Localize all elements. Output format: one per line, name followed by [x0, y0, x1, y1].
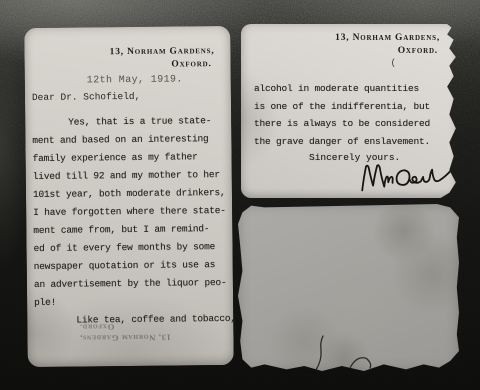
letterhead-city: Oxford. [335, 45, 440, 58]
letter-line: an advertisement by the liquor peo- [34, 274, 233, 294]
letter-line: ment came from, but I am remind- [33, 220, 232, 240]
crack-marks [298, 324, 418, 371]
letter-line: Yes, that is a true state- [32, 112, 231, 132]
letterhead-address: 13, Norham Gardens, [335, 32, 440, 45]
message-body: alcohol in moderate quantities is one of… [254, 80, 458, 150]
letter-salutation: Dear Dr. Schofield, [32, 91, 140, 103]
ghost-letterhead-offset-print: 13, Norham Gardens, Oxford. [79, 320, 229, 344]
postcard-blank-back [238, 204, 459, 371]
letter-line: I have forgotten where there state- [33, 202, 232, 222]
message-line: the grave danger of enslavement. [254, 133, 458, 151]
postcard-letter-front: 13, Norham Gardens, Oxford. 12th May, 19… [24, 26, 234, 367]
message-line: alcohol in moderate quantities [254, 80, 458, 98]
letterhead-city: Oxford. [110, 58, 215, 72]
letter-line: family experience as my father [33, 148, 232, 168]
letter-date: 12th May, 1919. [87, 74, 183, 86]
message-line: there is always to be considered [254, 115, 458, 133]
message-line: is one of the indifferentia, but [254, 98, 458, 116]
signature-osler [358, 154, 454, 201]
letter-line: 101st year, both moderate drinkers, [33, 184, 232, 204]
letter-line: ple! [34, 292, 233, 312]
letter-line: lived till 92 and my mother to her [33, 166, 232, 186]
photograph-background: 13, Norham Gardens, Oxford. 12th May, 19… [0, 0, 480, 390]
letterhead: 13, Norham Gardens, Oxford. [335, 32, 440, 58]
postcard-message-continuation: 13, Norham Gardens, Oxford. ( alcohol in… [241, 24, 458, 198]
letterhead: 13, Norham Gardens, Oxford. [110, 45, 215, 72]
letter-line: newspaper quotation or its use as [34, 256, 233, 276]
letterhead-address: 13, Norham Gardens, [110, 45, 215, 59]
letter-line: ed of it every few months by some [33, 238, 232, 258]
stray-typewriter-mark: ( [391, 58, 396, 68]
letter-line: ment and based on an interesting [32, 130, 231, 150]
letter-body: Yes, that is a true state- ment and base… [32, 112, 233, 330]
